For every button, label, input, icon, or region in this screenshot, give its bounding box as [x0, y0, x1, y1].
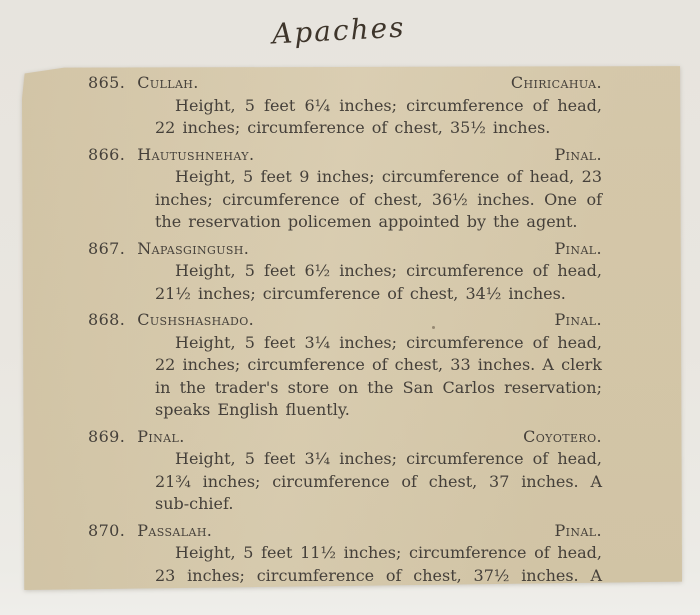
- entry-number: 869.: [88, 426, 125, 449]
- entry-865: 865. Cullah. Chiricahua. Height, 5 feet …: [88, 72, 602, 140]
- ink-speck: [432, 326, 435, 329]
- entry-name: Cullah.: [137, 72, 199, 95]
- entry-866: 866. Hautushnehay. Pinal. Height, 5 feet…: [88, 144, 602, 234]
- paper-slip-shadow: 865. Cullah. Chiricahua. Height, 5 feet …: [22, 64, 682, 590]
- entry-header: 868. Cushshashado. Pinal.: [88, 309, 602, 332]
- entry-868: 868. Cushshashado. Pinal. Height, 5 feet…: [88, 309, 602, 422]
- entry-tribe: Pinal.: [555, 520, 602, 543]
- entry-name: Passalah.: [137, 520, 212, 543]
- entry-tribe: Pinal.: [555, 144, 602, 167]
- entry-tribe: Pinal.: [555, 309, 602, 332]
- entry-name: Napasgingush.: [137, 238, 249, 261]
- entry-tribe: Chiricahua.: [511, 72, 602, 95]
- handwritten-title: Apaches: [271, 11, 406, 51]
- entry-name: Pinal.: [137, 426, 184, 449]
- entry-870: 870. Passalah. Pinal. Height, 5 feet 11½…: [88, 520, 602, 610]
- entry-description: Height, 5 feet 3¼ inches; circumference …: [155, 332, 602, 422]
- entry-header: 870. Passalah. Pinal.: [88, 520, 602, 543]
- entry-number: 868.: [88, 309, 125, 332]
- entry-number: 865.: [88, 72, 125, 95]
- entry-tribe: Pinal.: [555, 238, 602, 261]
- entry-list: 865. Cullah. Chiricahua. Height, 5 feet …: [22, 64, 682, 610]
- entry-description: Height, 5 feet 9 inches; circumference o…: [155, 166, 602, 234]
- entry-header: 866. Hautushnehay. Pinal.: [88, 144, 602, 167]
- scanned-page: { "document": { "handwritten_title": "Ap…: [0, 0, 700, 615]
- entry-description: Height, 5 feet 11½ inches; circumference…: [155, 542, 602, 610]
- entry-867: 867. Napasgingush. Pinal. Height, 5 feet…: [88, 238, 602, 306]
- entry-header: 867. Napasgingush. Pinal.: [88, 238, 602, 261]
- entry-header: 865. Cullah. Chiricahua.: [88, 72, 602, 95]
- entry-869: 869. Pinal. Coyotero. Height, 5 feet 3¼ …: [88, 426, 602, 516]
- entry-description: Height, 5 feet 3¼ inches; circumference …: [155, 448, 602, 516]
- entry-number: 866.: [88, 144, 125, 167]
- entry-tribe: Coyotero.: [523, 426, 602, 449]
- entry-number: 870.: [88, 520, 125, 543]
- paper-slip: 865. Cullah. Chiricahua. Height, 5 feet …: [22, 64, 682, 590]
- entry-header: 869. Pinal. Coyotero.: [88, 426, 602, 449]
- entry-name: Cushshashado.: [137, 309, 254, 332]
- entry-description: Height, 5 feet 6½ inches; circumference …: [155, 260, 602, 305]
- entry-description: Height, 5 feet 6¼ inches; circumference …: [155, 95, 602, 140]
- entry-number: 867.: [88, 238, 125, 261]
- entry-name: Hautushnehay.: [137, 144, 254, 167]
